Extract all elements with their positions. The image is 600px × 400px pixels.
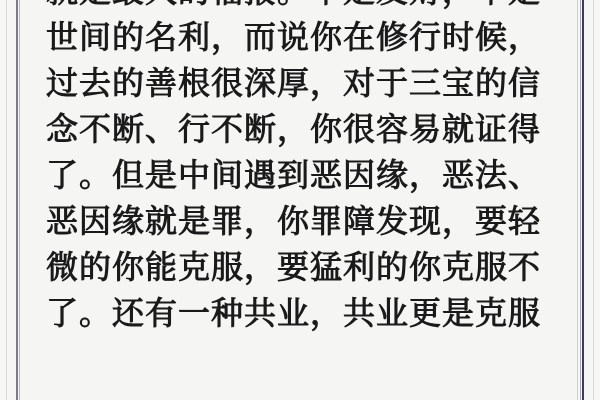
frame-border-right bbox=[582, 0, 584, 400]
text-line: 了。但是中间遇到恶因缘，恶法、 bbox=[46, 152, 566, 198]
document-page: 就是最大的福报。不是发财，不是 世间的名利，而说你在修行时候， 过去的善根很深厚… bbox=[0, 0, 600, 400]
frame-border-left-outer bbox=[6, 0, 7, 400]
text-line bbox=[46, 336, 566, 382]
text-line: 了。还有一种共业，共业更是克服 bbox=[46, 290, 566, 336]
frame-border-right-inner bbox=[580, 0, 581, 400]
text-line: 世间的名利，而说你在修行时候， bbox=[46, 14, 566, 60]
text-line: 念不断、行不断，你很容易就证得 bbox=[46, 106, 566, 152]
frame-border-right-inner2 bbox=[577, 0, 578, 400]
text-line: 微的你能克服，要猛利的你克服不 bbox=[46, 244, 566, 290]
text-line: 恶因缘就是罪，你罪障发现，要轻 bbox=[46, 198, 566, 244]
text-line: 就是最大的福报。不是发财，不是 bbox=[46, 0, 566, 14]
frame-border-right-outer bbox=[593, 0, 594, 400]
text-line: 过去的善根很深厚，对于三宝的信 bbox=[46, 60, 566, 106]
text-block: 就是最大的福报。不是发财，不是 世间的名利，而说你在修行时候， 过去的善根很深厚… bbox=[46, 0, 566, 382]
frame-border-left bbox=[16, 0, 18, 400]
